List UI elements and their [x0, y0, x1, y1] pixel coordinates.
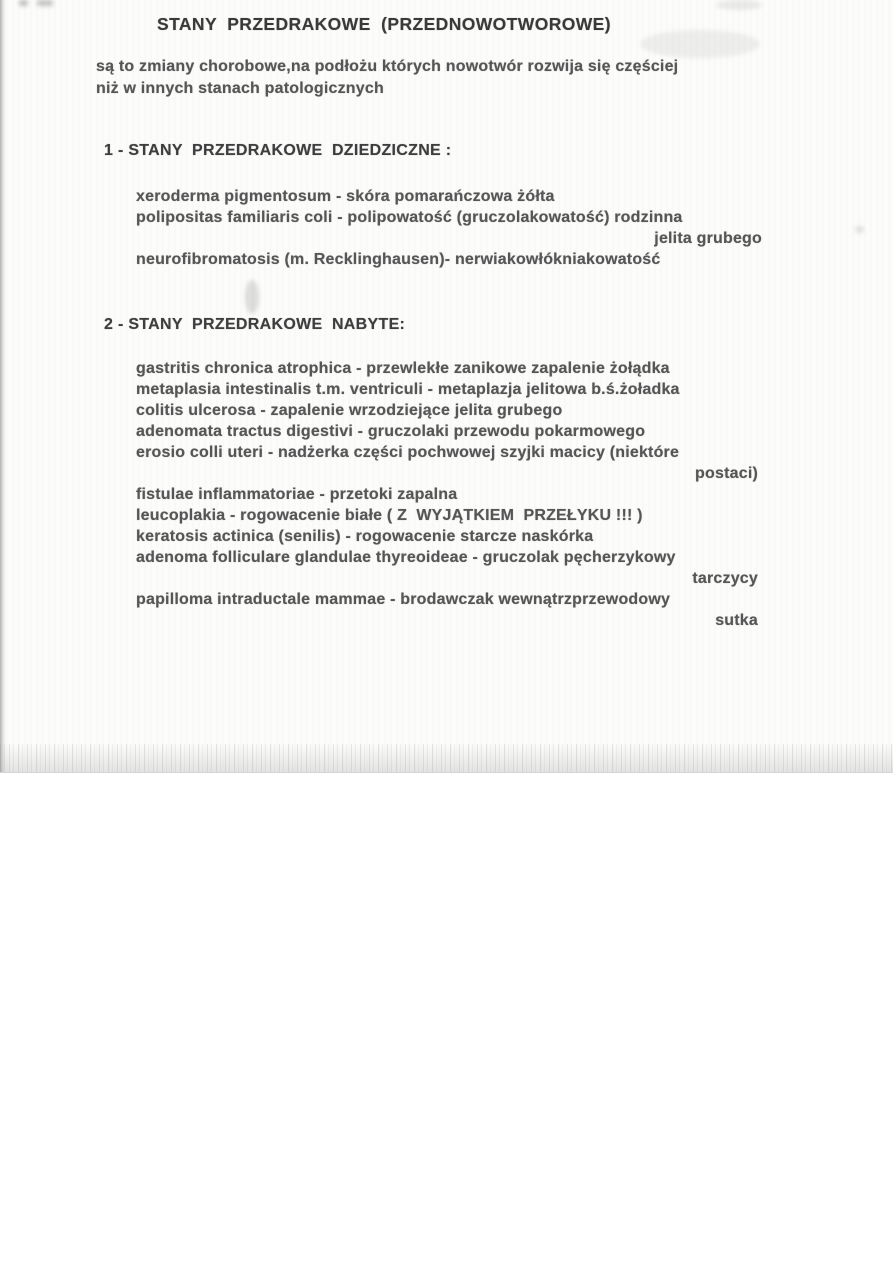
intro-line: są to zmiany chorobowe,na podłożu któryc…: [96, 58, 678, 76]
list-item-continuation: tarczycy: [692, 570, 758, 588]
list-item: adenoma folliculare glandulae thyreoidea…: [136, 549, 676, 567]
scanned-document-page: STANY PRZEDRAKOWE (PRZEDNOWOTWOROWE) są …: [0, 0, 893, 1263]
scan-sheet: STANY PRZEDRAKOWE (PRZEDNOWOTWOROWE) są …: [0, 0, 893, 772]
intro-line: niż w innych stanach patologicznych: [96, 80, 384, 98]
list-item: metaplasia intestinalis t.m. ventriculi …: [136, 381, 680, 399]
section-heading-hereditary: 1 - STANY PRZEDRAKOWE DZIEDZICZNE :: [104, 142, 451, 160]
blank-page-lower: [0, 773, 893, 1263]
list-item-continuation: jelita grubego: [654, 230, 762, 248]
list-item: polipositas familiaris coli - polipowato…: [136, 209, 683, 227]
list-item-continuation: postaci): [695, 465, 758, 483]
list-item: erosio colli uteri - nadżerka części poc…: [136, 444, 679, 462]
section-heading-acquired: 2 - STANY PRZEDRAKOWE NABYTE:: [104, 316, 405, 334]
list-item-continuation: sutka: [715, 612, 758, 630]
list-item: colitis ulcerosa - zapalenie wrzodziejąc…: [136, 402, 562, 420]
scan-smudge: [245, 280, 259, 314]
scanner-edge-strip: [0, 0, 6, 772]
scan-smudge: [716, 0, 762, 10]
scan-smudge: [37, 0, 53, 6]
list-item: gastritis chronica atrophica - przewlekł…: [136, 360, 670, 378]
list-item: leucoplakia - rogowacenie białe ( Z WYJĄ…: [136, 507, 643, 525]
page-title: STANY PRZEDRAKOWE (PRZEDNOWOTWOROWE): [157, 14, 611, 35]
list-item: papilloma intraductale mammae - brodawcz…: [136, 591, 670, 609]
list-item: keratosis actinica (senilis) - rogowacen…: [136, 528, 593, 546]
list-item: adenomata tractus digestivi - gruczolaki…: [136, 423, 645, 441]
list-item: xeroderma pigmentosum - skóra pomarańczo…: [136, 188, 555, 206]
scan-smudge: [19, 0, 28, 6]
scan-smudge: [855, 226, 864, 233]
list-item: neurofibromatosis (m. Recklinghausen)- n…: [136, 251, 661, 269]
list-item: fistulae inflammatoriae - przetoki zapal…: [136, 486, 457, 504]
scan-smudge: [640, 30, 760, 58]
scan-noise-band: [0, 744, 893, 773]
